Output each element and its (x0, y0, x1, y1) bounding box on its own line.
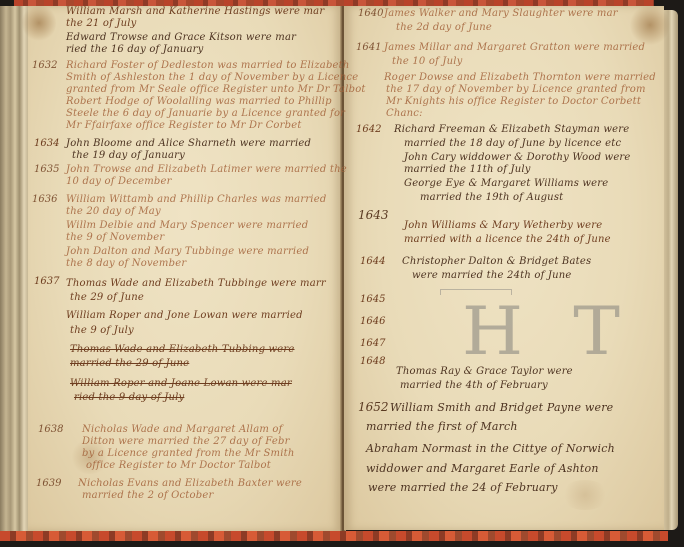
year-label: 1637 (34, 276, 59, 287)
entry-line: by a Licence granted from the Mr Smith (82, 448, 294, 459)
year-label: 1636 (32, 194, 57, 205)
entry-line: Mr Ffairfaxe office Register to Mr Dr Co… (66, 120, 302, 131)
entry-line: the 29 of June (70, 292, 144, 303)
entry-line: the 9 of July (70, 325, 134, 336)
entry-line: married the 4th of February (400, 380, 548, 391)
struck-entry-line: ried the 9 day of July (74, 392, 184, 403)
entry-line: Smith of Ashleston the 1 day of November… (66, 72, 358, 83)
year-label: 1639 (36, 478, 61, 489)
book-bottom-edge (0, 531, 668, 541)
entry-line: William Roper and Jone Lowan were marrie… (66, 310, 303, 321)
entry-line: married the 19th of August (420, 192, 563, 203)
entry-line: the 8 day of November (66, 258, 186, 269)
entry-line: the 9 of November (66, 232, 164, 243)
year-label: 1634 (34, 138, 59, 149)
entry-line: Ditton were married the 27 day of Febr (82, 436, 290, 447)
entry-line: married the first of March (366, 420, 518, 433)
entry-line: widdower and Margaret Earle of Ashton (366, 462, 599, 475)
entry-line: John Trowse and Elizabeth Latimer were m… (66, 164, 347, 175)
entry-line: Christopher Dalton & Bridget Bates (402, 256, 591, 267)
entry-line: granted from Mr Seale office Register un… (66, 84, 366, 95)
entry-line: the 2d day of June (396, 22, 492, 33)
struck-entry-line: William Roper and Joane Lowan were mar (70, 378, 292, 389)
stain-mark (560, 480, 610, 510)
entry-line: Abraham Normast in the Cittye of Norwich (366, 442, 615, 455)
entry-line: the 21 of July (66, 18, 136, 29)
year-label: 1646 (360, 316, 385, 327)
entry-line: married the 11th of July (404, 164, 531, 175)
year-label: 1645 (360, 294, 385, 305)
entry-line: were married the 24 of February (368, 481, 558, 494)
year-label: 1644 (360, 256, 385, 267)
entry-line: ried the 16 day of January (66, 44, 203, 55)
year-label: 1642 (356, 124, 381, 135)
year-label: 1647 (360, 338, 385, 349)
entry-line: James Millar and Margaret Gratton were m… (384, 42, 645, 53)
entry-line: John Williams & Mary Wetherby were (404, 220, 602, 231)
entry-line: the 19 day of January (72, 150, 185, 161)
entry-line: James Walker and Mary Slaughter were mar (384, 8, 618, 19)
year-label: 1643 (358, 208, 389, 222)
entry-line: John Bloome and Alice Sharneth were marr… (66, 138, 311, 149)
entry-line: John Dalton and Mary Tubbinge were marri… (66, 246, 309, 257)
stain-mark (22, 4, 56, 42)
open-register-book: William Marsh and Katherine Hastings wer… (0, 0, 684, 547)
entry-line: George Eye & Margaret Williams were (404, 178, 608, 189)
entry-line: Steele the 6 day of Januarie by a Licenc… (66, 108, 345, 119)
entry-line: Richard Freeman & Elizabeth Stayman were (394, 124, 629, 135)
entry-line: Edward Trowse and Grace Kitson were mar (66, 32, 296, 43)
entry-line: Thomas Wade and Elizabeth Tubbinge were … (66, 278, 326, 289)
entry-line: married the 2 of October (82, 490, 213, 501)
entry-line: married the 18 day of June by licence et… (404, 138, 621, 149)
entry-line: were married the 24th of June (412, 270, 571, 281)
entry-line: Chanc: (386, 108, 423, 119)
year-label: 1635 (34, 164, 59, 175)
entry-line: Richard Foster of Dedleston was married … (66, 60, 350, 71)
struck-entry-line: Thomas Wade and Elizabeth Tubbing were (70, 344, 295, 355)
entry-line: John Cary widdower & Dorothy Wood were (404, 152, 631, 163)
entry-line: Roger Dowse and Elizabeth Thornton were … (384, 72, 656, 83)
entry-line: Nicholas Wade and Margaret Allam of (82, 424, 283, 435)
year-label: 1632 (32, 60, 57, 71)
stain-mark (630, 4, 670, 46)
entry-line: Mr Knights his office Register to Doctor… (386, 96, 641, 107)
struck-entry-line: married the 29 of June (70, 358, 189, 369)
entry-line: the 20 day of May (66, 206, 161, 217)
entry-line: the 17 day of November by Licence grante… (386, 84, 646, 95)
entry-line: married with a licence the 24th of June (404, 234, 611, 245)
entry-line: Robert Hodge of Woolalling was married t… (66, 96, 332, 107)
entry-line: William Marsh and Katherine Hastings wer… (66, 6, 324, 17)
entry-line: Nicholas Evans and Elizabeth Baxter were (78, 478, 302, 489)
entry-line: Willm Delbie and Mary Spencer were marri… (66, 220, 308, 231)
entry-line: Thomas Ray & Grace Taylor were (396, 366, 573, 377)
year-label: 1648 (360, 356, 385, 367)
year-label: 1638 (38, 424, 63, 435)
year-label: 1640 (358, 8, 383, 19)
year-label: 1641 (356, 42, 381, 53)
entry-line: William Wittamb and Phillip Charles was … (66, 194, 326, 205)
entry-line: office Register to Mr Doctor Talbot (86, 460, 271, 471)
entry-line: 10 day of December (66, 176, 172, 187)
entry-line: William Smith and Bridget Payne were (390, 401, 613, 414)
year-label: 1652 (358, 400, 389, 414)
pencil-initials: H T (462, 292, 634, 370)
right-page-stack (662, 10, 678, 530)
left-page-stack (0, 6, 30, 536)
entry-line: the 10 of July (392, 56, 462, 67)
